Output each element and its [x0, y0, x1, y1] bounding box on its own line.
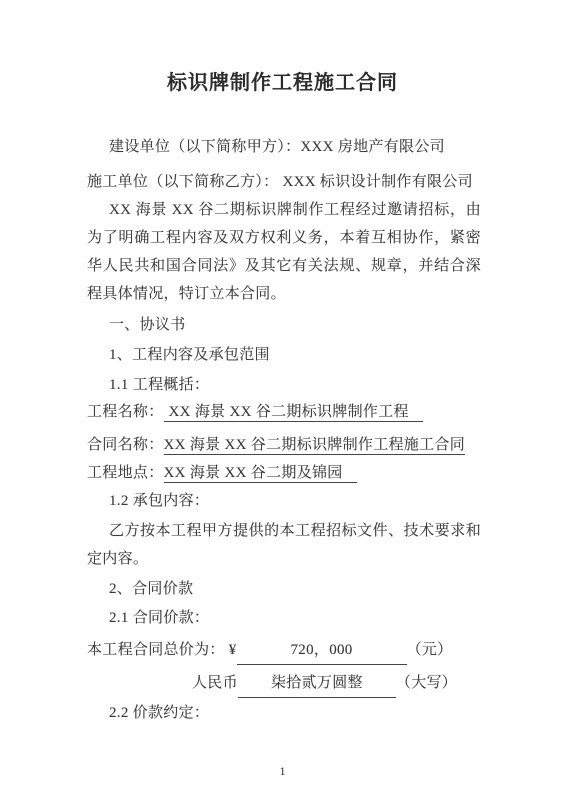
preamble-line-3: 华人民共和国合同法》及其它有关法规、规章，并结合深圳市有关规定和本工 [87, 252, 481, 281]
contract-name-line: 合同名称：XX 海景 XX 谷二期标识牌制作工程施工合同 [87, 431, 481, 460]
document-title: 标识牌制作工程施工合同 [0, 0, 565, 96]
document-body: 建设单位（以下简称甲方）：XXX 房地产有限公司 施工单位（以下简称乙方）： X… [87, 96, 481, 728]
price-in-words-line: 人民币柒拾贰万圆整（大写） [87, 669, 481, 698]
price-in-words-label: 人民币 [192, 675, 238, 691]
section-1-1-heading: 1、工程内容及承包范围 [87, 341, 481, 370]
section-2-2-heading: 2.2 价款约定： [87, 699, 481, 728]
preamble-line-2: 为了明确工程内容及双方权利义务，本着互相协作，紧密配合原则，根据《中 [87, 224, 481, 253]
party-b-line: 施工单位（以下简称乙方）： XXX 标识设计制作有限公司 [87, 168, 481, 197]
total-price-unit: （元） [407, 642, 453, 658]
page-number: 1 [0, 764, 565, 779]
project-site-value: XX 海景 XX 谷二期及锦园 [164, 465, 357, 483]
section-1-2-heading: 1.2 承包内容： [87, 487, 481, 516]
section-1-2-body-line-1: 乙方按本工程甲方提供的本工程招标文件、技术要求和图纸完成其全部约 [87, 517, 481, 546]
party-a-line: 建设单位（以下简称甲方）：XXX 房地产有限公司 [87, 133, 481, 162]
section-2-heading: 2、合同价款 [87, 575, 481, 604]
price-in-words-value: 柒拾贰万圆整 [238, 669, 396, 698]
section-1-2-body-line-2: 定内容。 [87, 545, 481, 574]
contract-document-page: 标识牌制作工程施工合同 建设单位（以下简称甲方）：XXX 房地产有限公司 施工单… [0, 0, 565, 800]
section-2-1-heading: 2.1 合同价款： [87, 604, 481, 633]
total-price-value: 720，000 [237, 636, 407, 665]
section-1-1-1-heading: 1.1 工程概括： [87, 371, 481, 400]
contract-name-value: XX 海景 XX 谷二期标识牌制作工程施工合同 [164, 437, 465, 455]
project-name-label: 工程名称： [87, 404, 164, 420]
project-name-line: 工程名称：XX 海景 XX 谷二期标识牌制作工程 [87, 398, 481, 427]
total-price-label: 本工程合同总价为： ¥ [87, 642, 237, 658]
price-in-words-unit: （大写） [396, 675, 457, 691]
project-site-line: 工程地点：XX 海景 XX 谷二期及锦园 [87, 459, 481, 488]
project-name-value: XX 海景 XX 谷二期标识牌制作工程 [164, 404, 423, 422]
contract-name-label: 合同名称： [87, 437, 164, 453]
preamble-line-4: 程具体情况，特订立本合同。 [87, 280, 481, 309]
preamble-line-1: XX 海景 XX 谷二期标识牌制作工程经过邀请招标，由乙方承担本工程施工。 [87, 196, 481, 225]
total-price-line: 本工程合同总价为： ¥720，000（元） [87, 636, 481, 665]
section-1-heading: 一、协议书 [87, 311, 481, 340]
project-site-label: 工程地点： [87, 465, 164, 481]
